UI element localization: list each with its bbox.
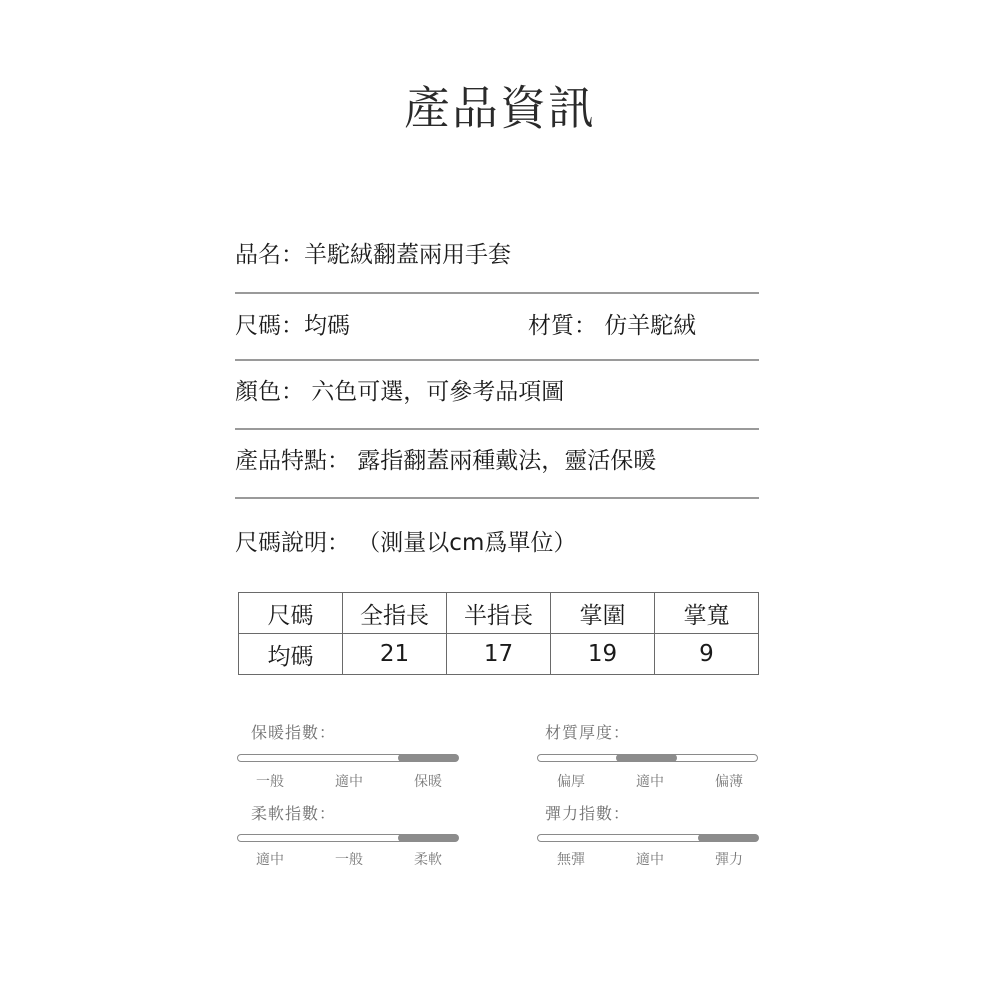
page-title: 產品資訊: [0, 78, 1000, 138]
thickness-fill: [616, 754, 677, 762]
table-header-cell: 半指長: [447, 593, 551, 634]
scale-label: 偏薄: [699, 771, 759, 791]
size-note: 尺碼說明： （測量以cm爲單位）: [235, 528, 576, 558]
product-features: 產品特點： 露指翻蓋兩種戴法，靈活保暖: [235, 446, 656, 476]
scale-label: 適中: [319, 771, 379, 791]
elasticity-index-label: 彈力指數：: [545, 801, 630, 824]
scale-label: 柔軟: [398, 849, 458, 869]
scale-label: 適中: [620, 771, 680, 791]
elasticity-index-fill: [698, 834, 759, 842]
divider: [235, 292, 759, 294]
table-row: 均碼 21 17 19 9: [239, 634, 759, 675]
size-table: 尺碼 全指長 半指長 掌圍 掌寬 均碼 21 17 19 9: [238, 592, 759, 675]
table-header-cell: 全指長: [343, 593, 447, 634]
divider: [235, 497, 759, 499]
softness-index-scale: 適中 一般 柔軟: [240, 849, 458, 869]
table-header-cell: 尺碼: [239, 593, 343, 634]
table-header-row: 尺碼 全指長 半指長 掌圍 掌寬: [239, 593, 759, 634]
thickness-bar: [537, 754, 758, 762]
softness-index-label: 柔軟指數：: [251, 801, 336, 824]
warmth-index-label: 保暖指數：: [251, 720, 336, 743]
thickness-label: 材質厚度：: [545, 720, 630, 743]
scale-label: 保暖: [398, 771, 458, 791]
elasticity-index-bar: [537, 834, 758, 842]
warmth-index-bar: [237, 754, 458, 762]
divider: [235, 428, 759, 430]
scale-label: 適中: [620, 849, 680, 869]
warmth-index-scale: 一般 適中 保暖: [240, 771, 458, 791]
product-name: 品名：羊駝絨翻蓋兩用手套: [235, 240, 511, 270]
scale-label: 彈力: [699, 849, 759, 869]
scale-label: 一般: [240, 771, 300, 791]
product-size: 尺碼：均碼: [235, 311, 350, 341]
product-color: 顏色： 六色可選，可參考品項圖: [235, 377, 564, 407]
table-header-cell: 掌圍: [551, 593, 655, 634]
scale-label: 無彈: [541, 849, 601, 869]
scale-label: 適中: [240, 849, 300, 869]
product-material: 材質： 仿羊駝絨: [528, 311, 696, 341]
table-cell: 均碼: [239, 634, 343, 675]
softness-index-fill: [398, 834, 459, 842]
elasticity-index-scale: 無彈 適中 彈力: [541, 849, 759, 869]
warmth-index-fill: [398, 754, 459, 762]
softness-index-bar: [237, 834, 458, 842]
scale-label: 一般: [319, 849, 379, 869]
table-cell: 21: [343, 634, 447, 675]
table-cell: 17: [447, 634, 551, 675]
thickness-scale: 偏厚 適中 偏薄: [541, 771, 759, 791]
table-cell: 19: [551, 634, 655, 675]
table-header-cell: 掌寬: [655, 593, 759, 634]
divider: [235, 359, 759, 361]
table-cell: 9: [655, 634, 759, 675]
scale-label: 偏厚: [541, 771, 601, 791]
